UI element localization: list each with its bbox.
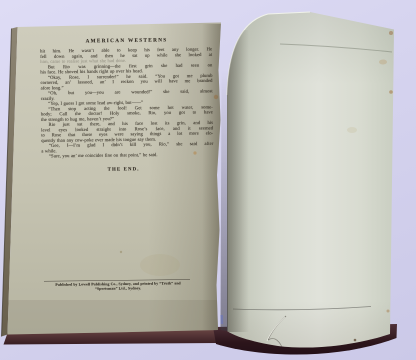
photo-scene: AMERICAN WESTERNS hit him. He wasn’t abl… [0, 0, 416, 360]
left-page-bottom-shading [8, 300, 223, 336]
stain [140, 254, 180, 276]
stain [347, 127, 357, 133]
stain [389, 90, 393, 94]
stain [389, 31, 393, 35]
running-header: AMERICAN WESTERNS [40, 37, 213, 45]
imprint-block: Published by Lowell Publishing Co., Sydn… [44, 279, 192, 292]
stain [120, 251, 122, 253]
story-text: hit him. He wasn’t able to keep his feet… [40, 47, 214, 159]
stain [379, 60, 387, 65]
binding-thread-mark [220, 315, 223, 324]
stain [387, 310, 390, 313]
stain [354, 339, 357, 342]
body-line: “Sure, you an’ me coincides fine on that… [41, 152, 213, 159]
left-page-text: AMERICAN WESTERNS hit him. He wasn’t abl… [40, 37, 215, 173]
